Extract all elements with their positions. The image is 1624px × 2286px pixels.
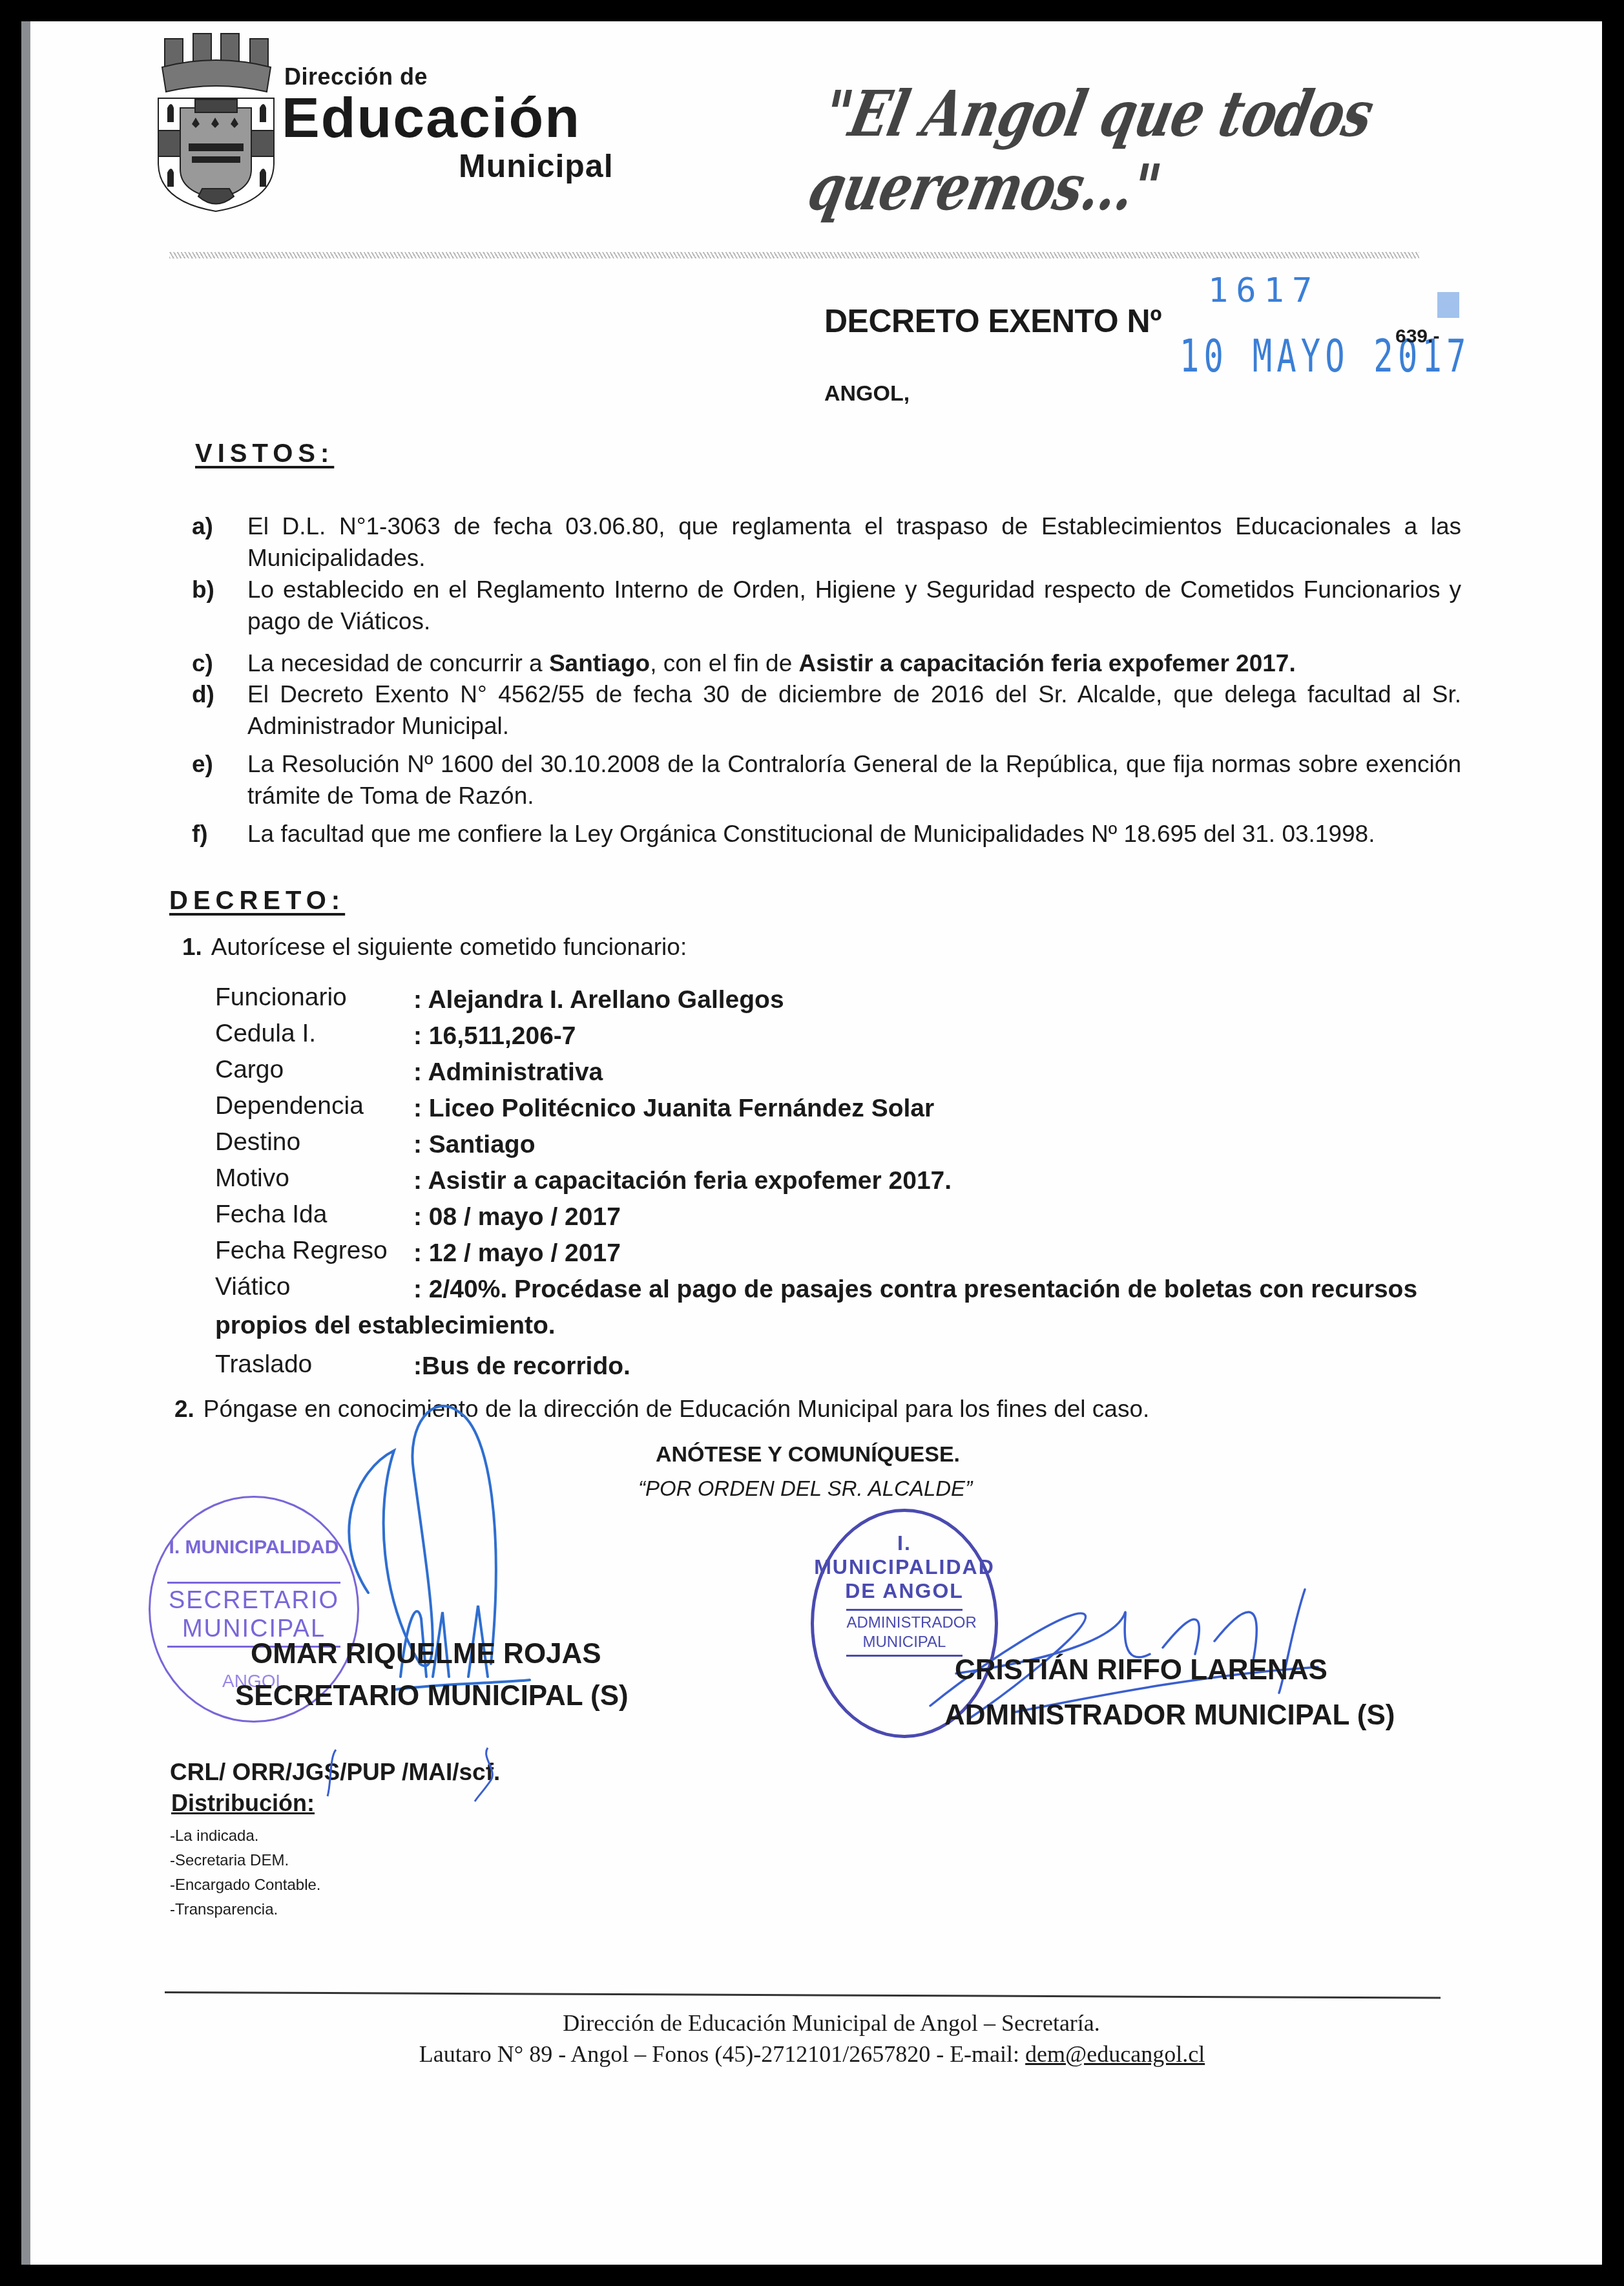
- viatico-continuation: propios del establecimiento.: [215, 1312, 556, 1340]
- signatory-2-name: CRISTIÁN RIFFO LARENAS: [955, 1654, 1327, 1686]
- item-label: f): [192, 818, 208, 850]
- field-label: Cargo: [215, 1056, 284, 1084]
- section-heading-decreto: DECRETO:: [169, 886, 345, 916]
- signatory-1-title: SECRETARIO MUNICIPAL (S): [235, 1680, 629, 1712]
- vistos-item: d) El Decreto Exento N° 4562/55 de fecha…: [192, 678, 1461, 742]
- field-label: Motivo: [215, 1164, 289, 1193]
- field-label: Viático: [215, 1273, 290, 1301]
- field-value: : 16,511,206-7: [413, 1022, 576, 1051]
- email-link[interactable]: dem@educangol.cl: [1025, 2041, 1205, 2067]
- footer-office: Dirección de Educación Municipal de Ango…: [0, 2009, 1624, 2037]
- distribution-heading: Distribución:: [171, 1790, 315, 1817]
- closing-formula: ANÓTESE Y COMUNÍQUESE.: [656, 1442, 960, 1467]
- field-value: : 2/40%. Procédase al pago de pasajes co…: [413, 1275, 1417, 1304]
- header-divider: [169, 252, 1419, 258]
- distribution-list: -La indicada. -Secretaria DEM. -Encargad…: [170, 1824, 320, 1922]
- field-value: : 08 / mayo / 2017: [413, 1203, 621, 1232]
- scan-edge: [21, 21, 30, 2265]
- distribution-item: -Encargado Contable.: [170, 1873, 320, 1898]
- item-label: e): [192, 748, 213, 780]
- decree-title: DECRETO EXENTO Nº: [824, 302, 1161, 340]
- initials-check-marks: [320, 1745, 514, 1803]
- item-label: b): [192, 574, 214, 605]
- field-value: :Bus de recorrido.: [413, 1352, 630, 1381]
- point-1: 1.Autorícese el siguiente cometido funci…: [182, 934, 687, 961]
- coat-of-arms-icon: [153, 27, 279, 213]
- ink-smudge: [1437, 292, 1459, 318]
- item-text: El D.L. N°1-3063 de fecha 03.06.80, que …: [247, 510, 1461, 574]
- vistos-item: a) El D.L. N°1-3063 de fecha 03.06.80, q…: [192, 510, 1461, 574]
- distribution-item: -Secretaria DEM.: [170, 1849, 320, 1873]
- signatory-1-name: OMAR RIQUELME ROJAS: [251, 1638, 601, 1670]
- stamp-number: 1617: [1208, 271, 1320, 310]
- field-label: Funcionario: [215, 983, 347, 1012]
- city: ANGOL,: [824, 381, 910, 406]
- org-name-line2: Educación: [282, 89, 581, 146]
- slogan: "El Angol que todos queremos...": [802, 78, 1624, 225]
- item-text: Lo establecido en el Reglamento Interno …: [247, 574, 1461, 637]
- item-label: d): [192, 678, 214, 710]
- field-label: Cedula I.: [215, 1020, 316, 1048]
- section-heading-vistos: VISTOS:: [195, 439, 334, 468]
- item-text: La facultad que me confiere la Ley Orgán…: [247, 818, 1461, 850]
- field-value: : Asistir a capacitación feria expofemer…: [413, 1167, 952, 1195]
- field-label: Destino: [215, 1128, 300, 1157]
- field-value: : 12 / mayo / 2017: [413, 1239, 621, 1268]
- field-value: : Administrativa: [413, 1058, 603, 1087]
- footer-contact: Lautaro N° 89 - Angol – Fonos (45)-27121…: [0, 2040, 1624, 2068]
- field-value: : Alejandra I. Arellano Gallegos: [413, 986, 784, 1014]
- item-text: La necesidad de concurrir a Santiago, co…: [247, 647, 1461, 679]
- decree-number: 639.-: [1395, 326, 1439, 348]
- field-label: Traslado: [215, 1350, 312, 1379]
- signatory-2-title: ADMINISTRADOR MUNICIPAL (S): [944, 1699, 1395, 1732]
- by-order-of-mayor: “POR ORDEN DEL SR. ALCALDE”: [638, 1476, 972, 1501]
- field-label: Fecha Regreso: [215, 1237, 388, 1265]
- item-label: a): [192, 510, 213, 542]
- field-label: Dependencia: [215, 1092, 364, 1120]
- distribution-item: -La indicada.: [170, 1824, 320, 1849]
- vistos-item: e) La Resolución Nº 1600 del 30.10.2008 …: [192, 748, 1461, 812]
- item-text: La Resolución Nº 1600 del 30.10.2008 de …: [247, 748, 1461, 812]
- vistos-item: b) Lo establecido en el Reglamento Inter…: [192, 574, 1461, 637]
- item-text: El Decreto Exento N° 4562/55 de fecha 30…: [247, 678, 1461, 742]
- org-name-line3: Municipal: [459, 147, 614, 185]
- vistos-item: c) La necesidad de concurrir a Santiago,…: [192, 647, 1461, 679]
- field-value: : Santiago: [413, 1131, 536, 1159]
- field-value: : Liceo Politécnico Juanita Fernández So…: [413, 1095, 934, 1123]
- vistos-item: f) La facultad que me confiere la Ley Or…: [192, 818, 1461, 850]
- distribution-item: -Transparencia.: [170, 1898, 320, 1922]
- field-label: Fecha Ida: [215, 1201, 327, 1229]
- item-label: c): [192, 647, 213, 679]
